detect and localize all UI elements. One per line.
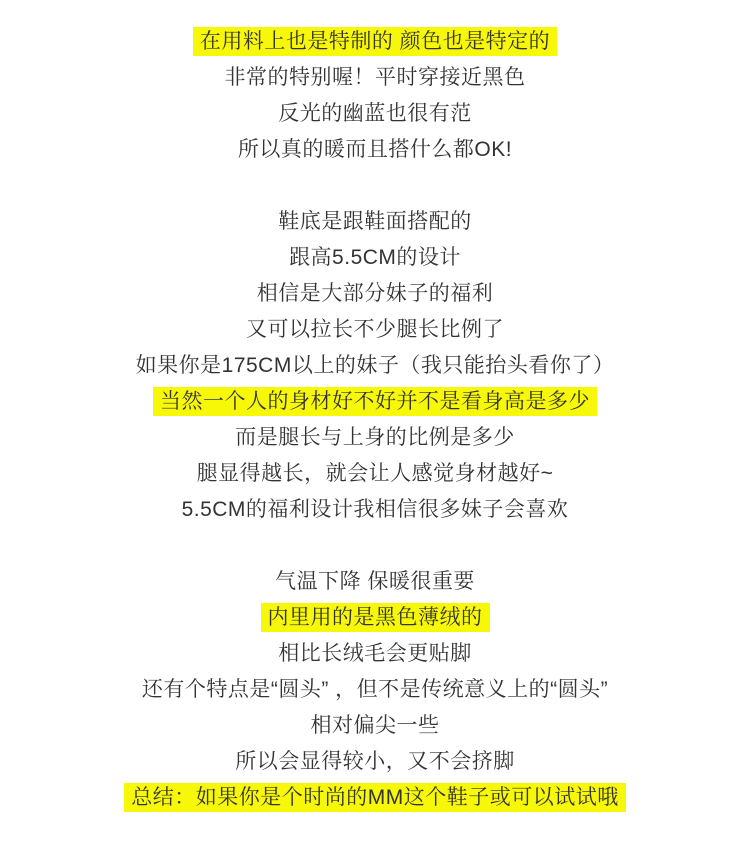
paragraph-block: 气温下降 保暖很重要内里用的是黑色薄绒的相比长绒毛会更贴脚还有个特点是“圆头” … <box>0 564 750 816</box>
text-line: 所以会显得较小，又不会挤脚 <box>0 744 750 780</box>
line-text: 非常的特别喔！平时穿接近黑色 <box>225 66 526 89</box>
highlighted-text: 当然一个人的身材好不好并不是看身高是多少 <box>153 387 597 416</box>
paragraph-block: 在用料上也是特制的 颜色也是特定的非常的特别喔！平时穿接近黑色反光的幽蓝也很有范… <box>0 24 750 168</box>
line-text: 相对偏尖一些 <box>311 714 440 737</box>
text-line: 而是腿长与上身的比例是多少 <box>0 420 750 456</box>
text-line: 相对偏尖一些 <box>0 708 750 744</box>
text-line: 相比长绒毛会更贴脚 <box>0 636 750 672</box>
text-line: 内里用的是黑色薄绒的 <box>0 600 750 636</box>
line-text: 鞋底是跟鞋面搭配的 <box>278 210 472 233</box>
text-line: 如果你是175CM以上的妹子（我只能抬头看你了） <box>0 348 750 384</box>
line-text: 还有个特点是“圆头” ，但不是传统意义上的“圆头” <box>142 678 608 701</box>
line-text: 相信是大部分妹子的福利 <box>257 282 494 305</box>
text-line: 腿显得越长，就会让人感觉身材越好~ <box>0 456 750 492</box>
text-line: 在用料上也是特制的 颜色也是特定的 <box>0 24 750 60</box>
text-line: 所以真的暖而且搭什么都OK! <box>0 132 750 168</box>
text-line: 还有个特点是“圆头” ，但不是传统意义上的“圆头” <box>0 672 750 708</box>
text-line: 鞋底是跟鞋面搭配的 <box>0 204 750 240</box>
text-line: 气温下降 保暖很重要 <box>0 564 750 600</box>
text-line: 5.5CM的福利设计我相信很多妹子会喜欢 <box>0 492 750 528</box>
highlighted-text: 在用料上也是特制的 颜色也是特定的 <box>193 27 557 56</box>
line-text: 跟高5.5CM的设计 <box>289 246 461 269</box>
paragraph-block: 鞋底是跟鞋面搭配的跟高5.5CM的设计相信是大部分妹子的福利又可以拉长不少腿长比… <box>0 204 750 528</box>
highlighted-text: 内里用的是黑色薄绒的 <box>261 603 490 632</box>
line-text: 腿显得越长，就会让人感觉身材越好~ <box>197 462 554 485</box>
text-line: 反光的幽蓝也很有范 <box>0 96 750 132</box>
line-text: 气温下降 保暖很重要 <box>275 570 475 593</box>
product-description-page: 在用料上也是特制的 颜色也是特定的非常的特别喔！平时穿接近黑色反光的幽蓝也很有范… <box>0 0 750 844</box>
line-text: 反光的幽蓝也很有范 <box>278 102 472 125</box>
line-text: 所以真的暖而且搭什么都OK! <box>238 138 512 161</box>
line-text: 5.5CM的福利设计我相信很多妹子会喜欢 <box>182 498 569 521</box>
line-text: 相比长绒毛会更贴脚 <box>278 642 472 665</box>
text-line: 总结：如果你是个时尚的MM这个鞋子或可以试试哦 <box>0 780 750 816</box>
text-line: 非常的特别喔！平时穿接近黑色 <box>0 60 750 96</box>
text-line: 相信是大部分妹子的福利 <box>0 276 750 312</box>
line-text: 又可以拉长不少腿长比例了 <box>246 318 504 341</box>
text-line: 当然一个人的身材好不好并不是看身高是多少 <box>0 384 750 420</box>
line-text: 而是腿长与上身的比例是多少 <box>235 426 515 449</box>
description-text-column: 在用料上也是特制的 颜色也是特定的非常的特别喔！平时穿接近黑色反光的幽蓝也很有范… <box>0 0 750 816</box>
line-text: 如果你是175CM以上的妹子（我只能抬头看你了） <box>136 354 615 377</box>
line-text: 所以会显得较小，又不会挤脚 <box>235 750 515 773</box>
highlighted-text: 总结：如果你是个时尚的MM这个鞋子或可以试试哦 <box>124 783 626 812</box>
text-line: 又可以拉长不少腿长比例了 <box>0 312 750 348</box>
text-line: 跟高5.5CM的设计 <box>0 240 750 276</box>
